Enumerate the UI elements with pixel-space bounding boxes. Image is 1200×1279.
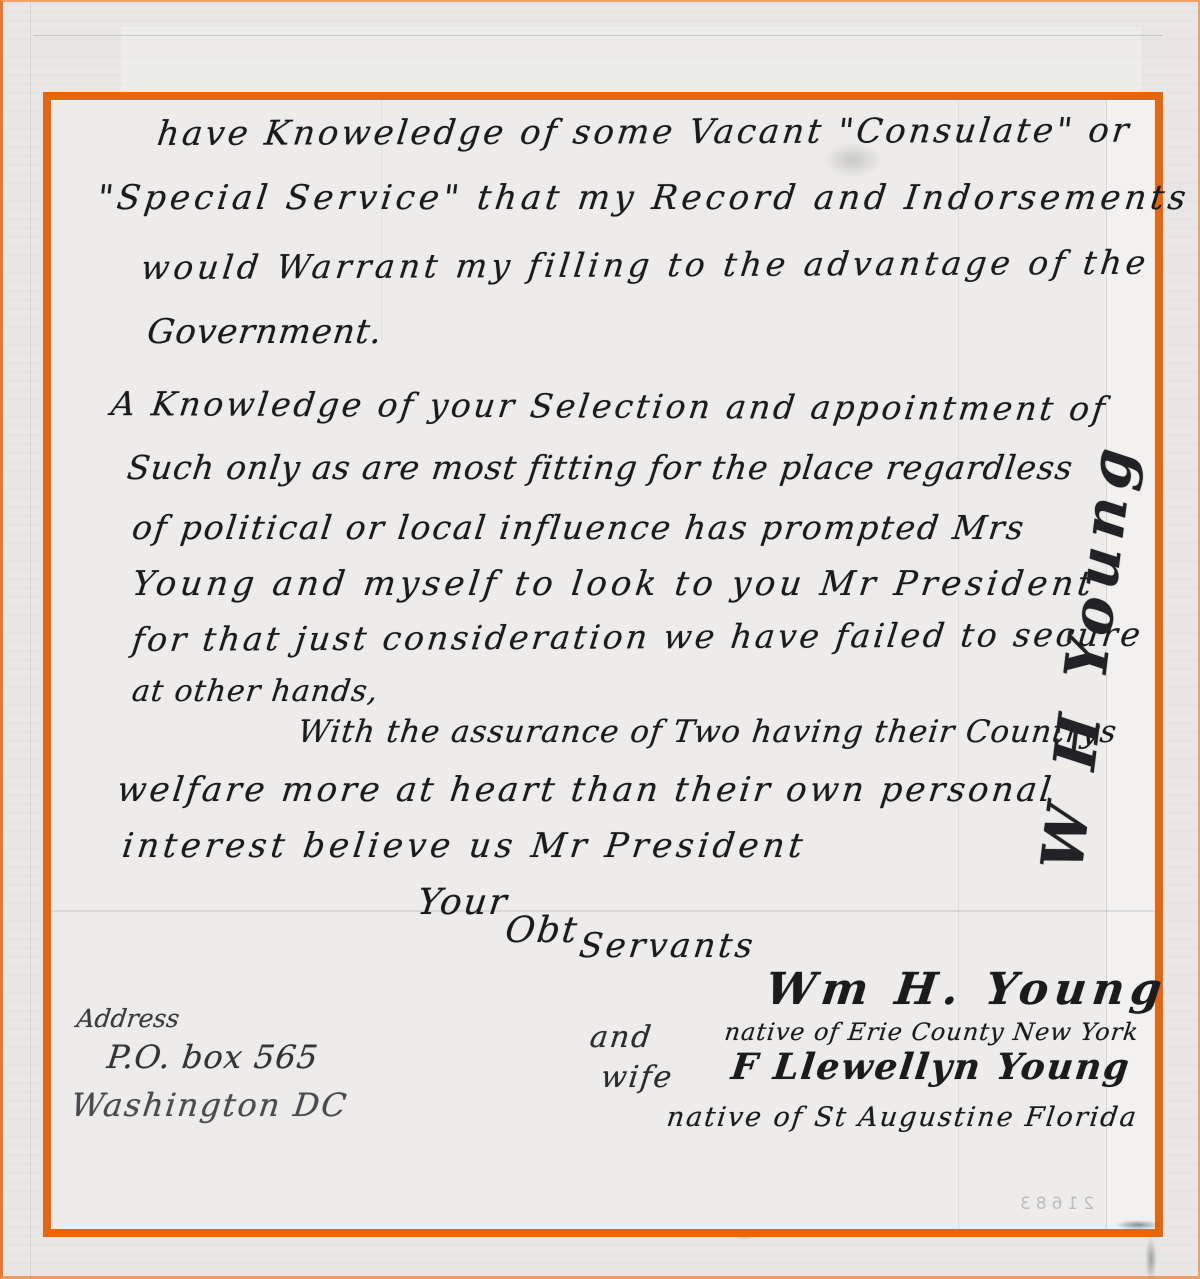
closing-obt: Obt: [503, 910, 581, 951]
signature-connector-wife: wife: [599, 1060, 675, 1095]
scan-viewport: have Knoweledge of some Vacant "Consulat…: [0, 0, 1200, 1279]
handwriting-line: welfare more at heart than their own per…: [115, 770, 1056, 810]
signature-husband-origin: native of Erie County New York: [723, 1018, 1141, 1046]
closing-your: Your: [415, 882, 511, 923]
handwriting-line: of political or local influence has prom…: [130, 508, 1028, 547]
handwriting-line: have Knoweledge of some Vacant "Consulat…: [155, 111, 1134, 154]
handwriting-line: interest believe us Mr President: [120, 826, 809, 866]
scan-smudge: [1145, 1237, 1157, 1279]
handwriting-line: would Warrant my filling to the advantag…: [139, 243, 1152, 287]
handwriting-line: Young and myself to look to you Mr Presi…: [130, 564, 1098, 604]
signature-husband-name: Wm H. Young: [763, 964, 1170, 1015]
address-po-box: P.O. box 565: [105, 1038, 321, 1076]
address-city: Washington DC: [69, 1086, 350, 1124]
handwriting-line: With the assurance of Two having their C…: [296, 714, 1119, 750]
handwriting-line: Such only as are most fitting for the pl…: [125, 448, 1076, 487]
handwriting-line: A Knowledge of your Selection and appoin…: [109, 384, 1110, 428]
handwriting-line: at other hands,: [130, 674, 381, 709]
handwriting-line: for that just consideration we have fail…: [130, 615, 1145, 659]
paper-crease: [33, 35, 1163, 36]
handwriting-line: Government.: [145, 312, 385, 352]
bleedthrough-number: 21683: [1015, 1194, 1094, 1214]
paper-edge-line: [30, 2, 31, 1279]
paper-top-band: [121, 27, 1141, 94]
paper-crease: [51, 910, 1155, 912]
closing-servants: Servants: [577, 926, 758, 966]
address-label: Address: [75, 1004, 181, 1033]
handwriting-line: "Special Service" that my Record and Ind…: [95, 178, 1192, 218]
signature-connector-and: and: [588, 1020, 655, 1055]
signature-wife-name: F Llewellyn Young: [729, 1046, 1133, 1088]
signature-wife-origin: native of St Augustine Florida: [665, 1102, 1140, 1133]
scan-smudge: [1115, 1220, 1161, 1230]
